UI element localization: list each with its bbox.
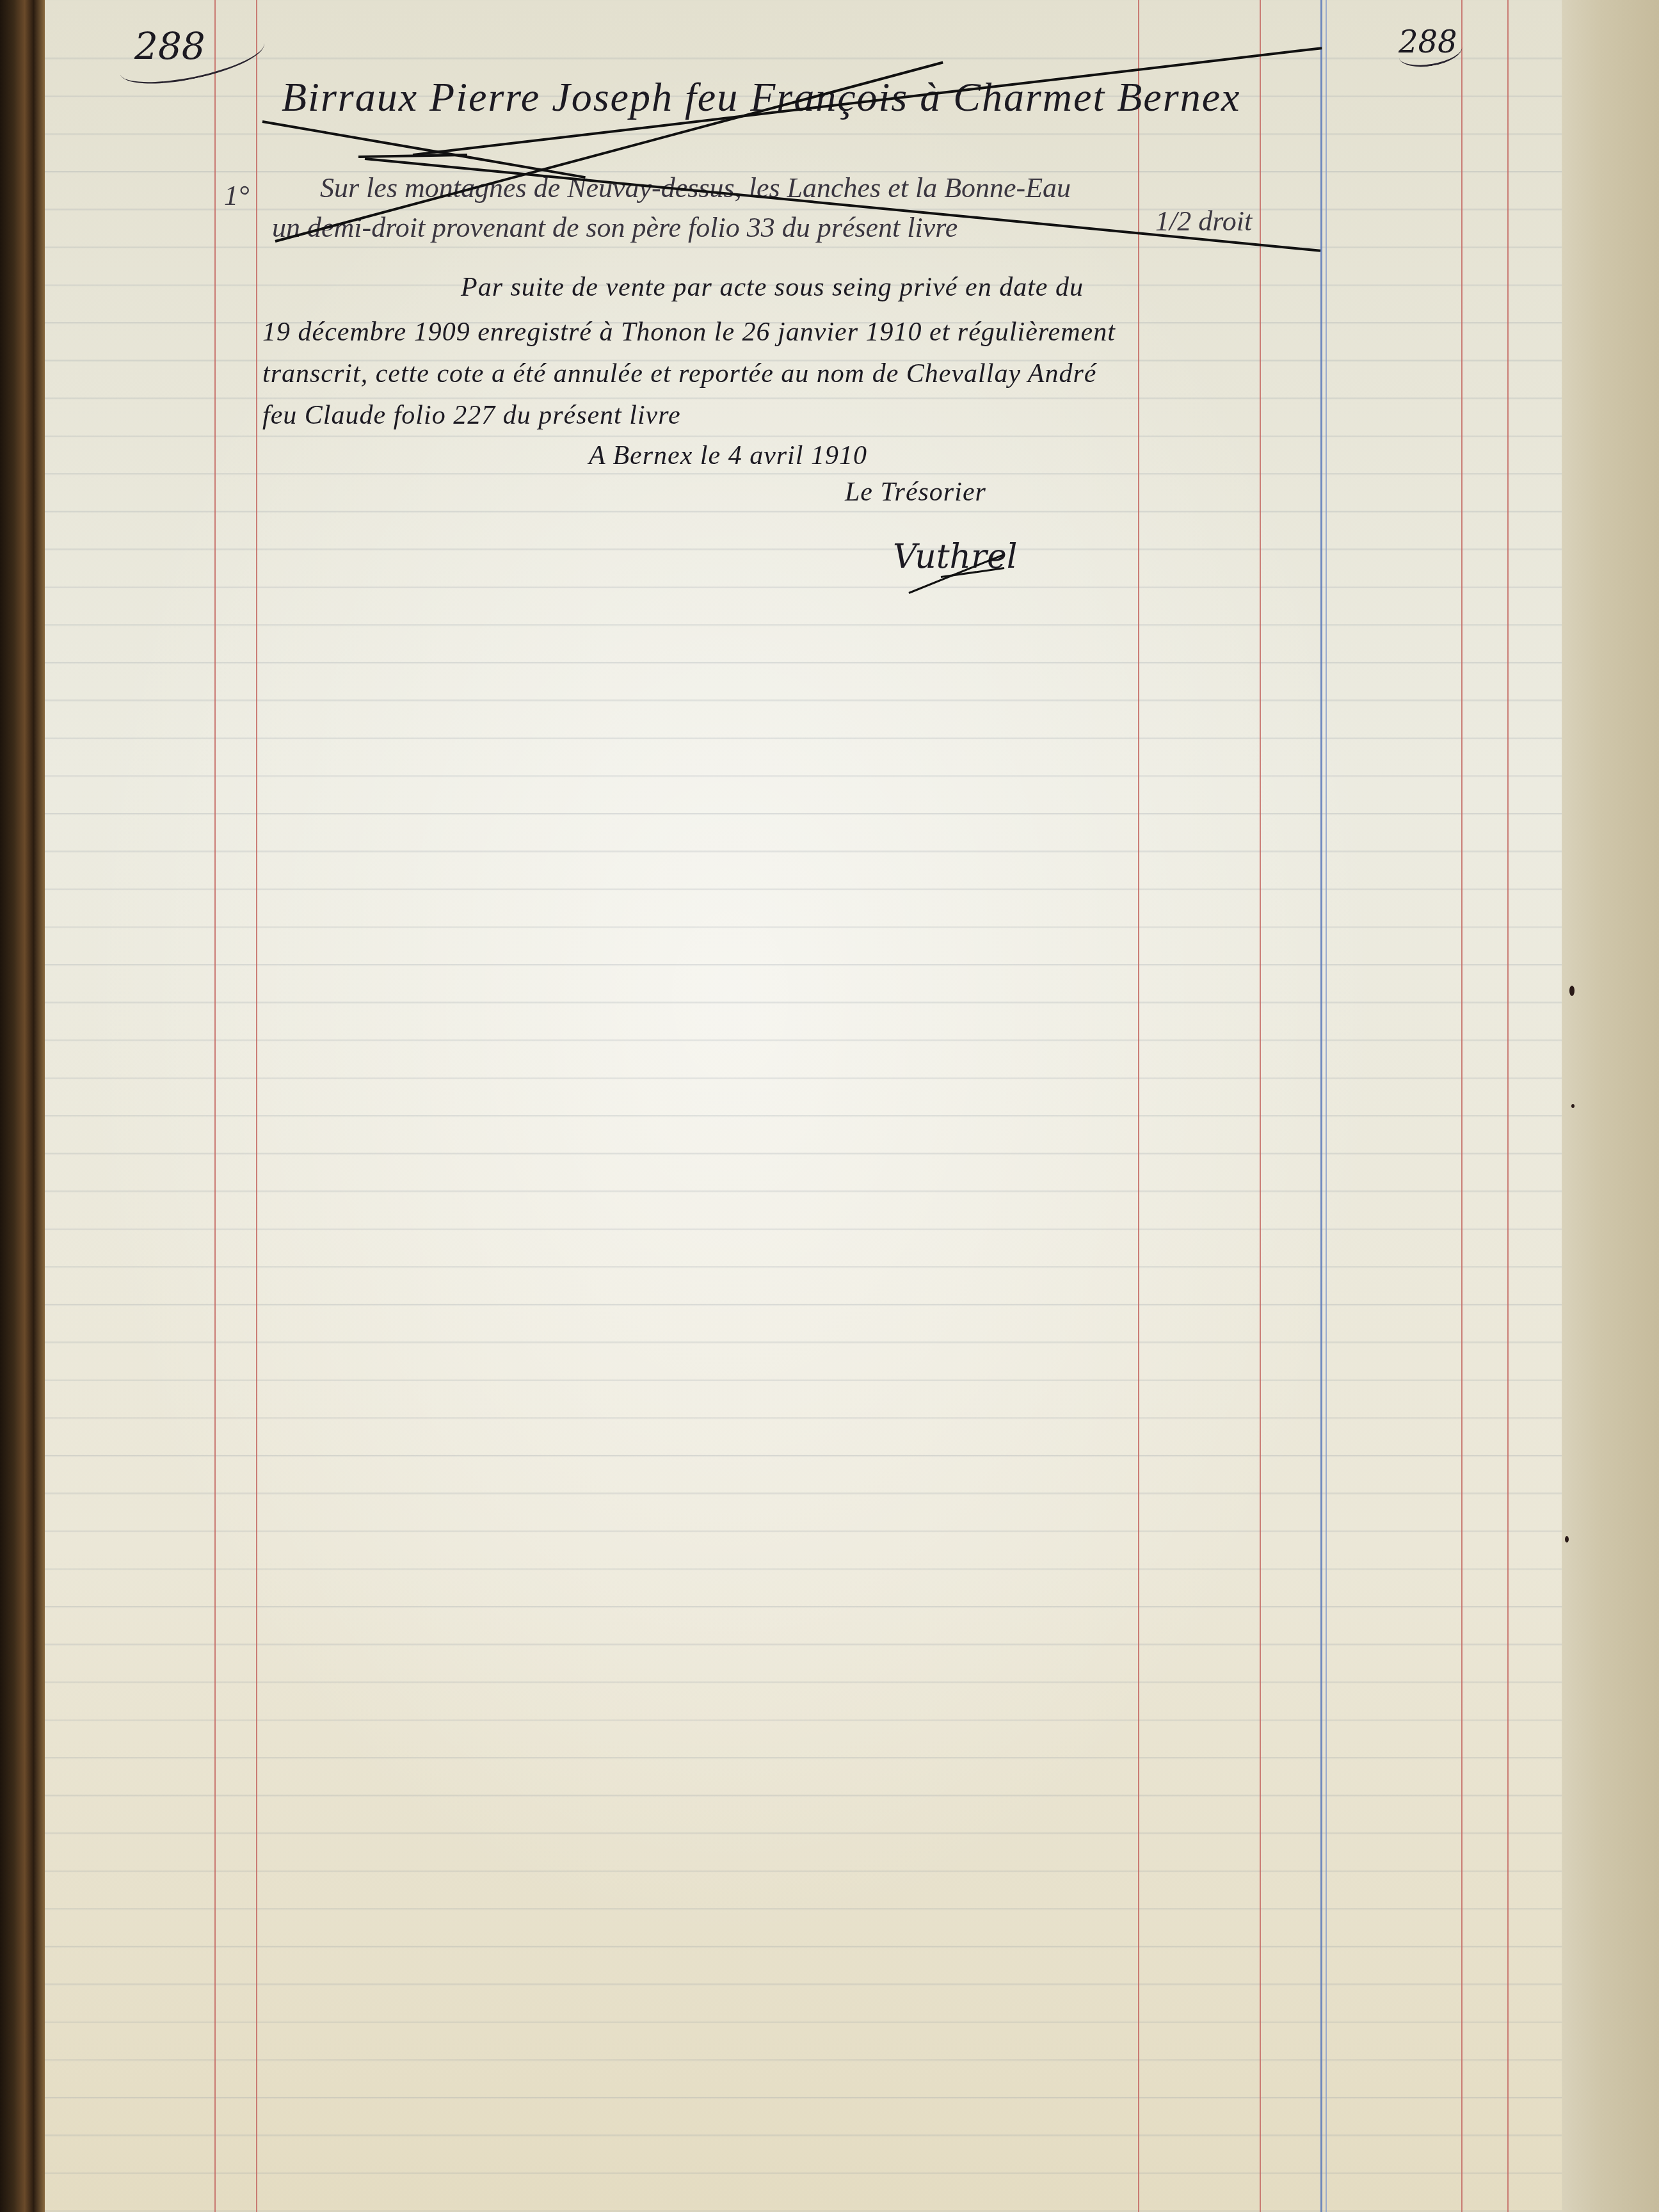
column-rule-3 xyxy=(1461,0,1463,2212)
margin-rule-left-2 xyxy=(256,0,257,2212)
signatory-role: Le Trésorier xyxy=(845,477,986,508)
ink-spot xyxy=(1569,986,1575,996)
blue-rule-2 xyxy=(1326,0,1327,2212)
blue-rule-1 xyxy=(1320,0,1322,2212)
ink-spot xyxy=(1571,1104,1575,1108)
ink-spot xyxy=(1565,1536,1569,1543)
entry-number: 1° xyxy=(224,179,250,212)
annotation-line-3: transcrit, cette cote a été annulée et r… xyxy=(262,358,1096,389)
column-rule-2 xyxy=(1260,0,1261,2212)
place-date: A Bernex le 4 avril 1910 xyxy=(589,440,867,471)
next-page-edge xyxy=(1562,0,1659,2212)
entry-share: 1/2 droit xyxy=(1155,205,1252,237)
column-rule-1 xyxy=(1138,0,1139,2212)
book-binding xyxy=(0,0,45,2212)
annotation-line-2: 19 décembre 1909 enregistré à Thonon le … xyxy=(262,317,1116,348)
annotation-line-1: Par suite de vente par acte sous seing p… xyxy=(461,272,1084,303)
column-rule-4 xyxy=(1507,0,1509,2212)
entry-line-2: un demi-droit provenant de son père foli… xyxy=(272,211,958,244)
annotation-line-4: feu Claude folio 227 du présent livre xyxy=(262,400,681,431)
margin-rule-left-1 xyxy=(214,0,216,2212)
